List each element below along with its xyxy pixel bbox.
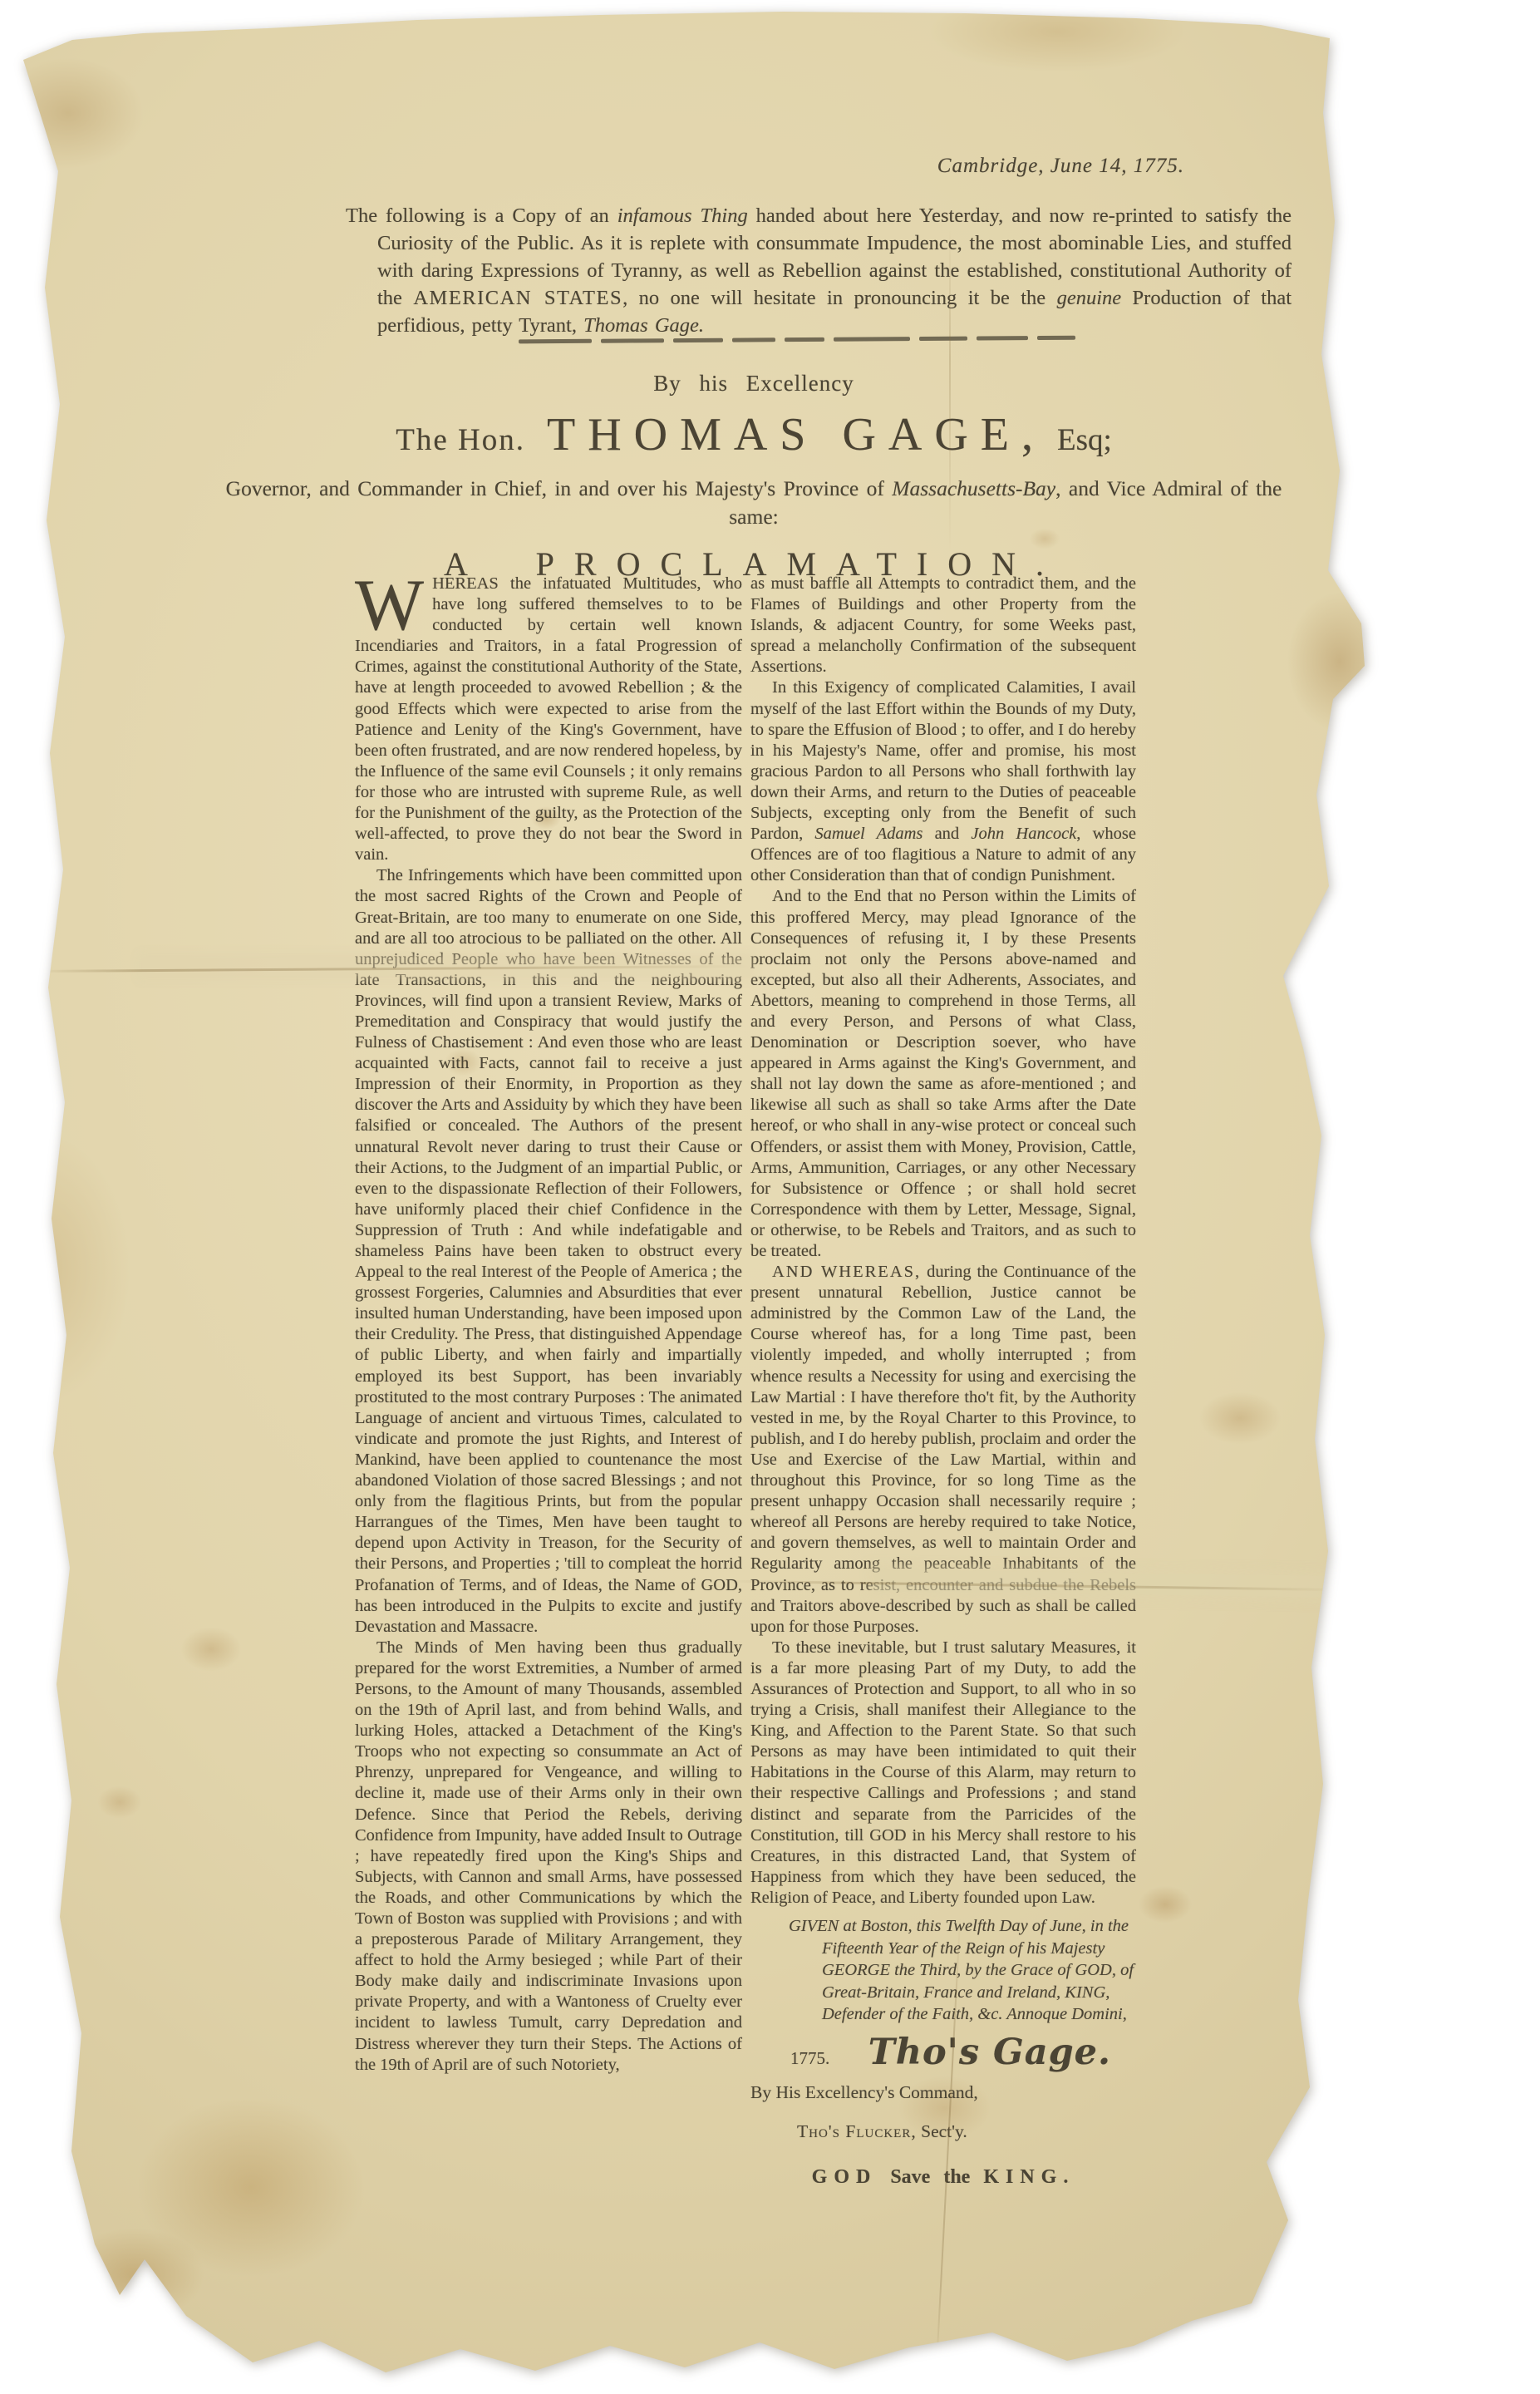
title-text: Governor, and Commander in Chief, in and… <box>226 476 893 500</box>
governor-title-line: Governor, and Commander in Chief, in and… <box>201 475 1306 531</box>
printer-introduction: The following is a Copy of an infamous T… <box>324 202 1292 339</box>
john-hancock-name: John Hancock <box>971 825 1076 843</box>
scan-background: Cambridge, June 14, 1775. The following … <box>0 0 1540 2394</box>
right-column: as must baffle all Attempts to contradic… <box>750 574 1136 2208</box>
paragraph-proffered-mercy: And to the End that no Person within the… <box>750 886 1136 1262</box>
honorific: The Hon. <box>396 423 525 457</box>
dash-segment <box>785 337 824 342</box>
paragraph-text: In this Exigency of complicated Calamiti… <box>750 678 1136 843</box>
paragraph-minds-of-men: The Minds of Men having been thus gradua… <box>355 1638 742 2076</box>
paragraph-pardon: In this Exigency of complicated Calamiti… <box>750 677 1136 886</box>
given-at-boston-block: GIVEN at Boston, this Twelfth Day of Jun… <box>750 1915 1136 2026</box>
secretary-line: Tho's Flucker, Sect'y. <box>750 2121 1136 2142</box>
dash-segment <box>601 338 664 343</box>
samuel-adams-name: Samuel Adams <box>814 825 923 843</box>
gage-name-line: The Hon.THOMAS GAGE,Esq; <box>201 408 1306 461</box>
signature-row: 1775. Tho's Gage. <box>750 2042 1136 2069</box>
intro-american-states: AMERICAN STATES <box>413 287 622 309</box>
dash-segment <box>977 336 1028 340</box>
dash-segment <box>1037 336 1075 340</box>
dash-segment <box>519 339 592 344</box>
and-whereas-lead: AND WHEREAS, <box>772 1263 921 1281</box>
thomas-gage-signature: Tho's Gage. <box>868 2042 1111 2063</box>
by-his-excellency: By his Excellency <box>201 371 1306 397</box>
left-column: WHEREAS the infatuated Multitudes, who h… <box>355 574 742 2076</box>
paragraph-salutary-measures: To these inevitable, but I trust salutar… <box>750 1638 1136 1909</box>
intro-infamous-thing: infamous Thing <box>617 204 748 227</box>
flucker-name: Tho's Flucker, <box>797 2121 917 2141</box>
drop-cap-w: W <box>355 574 432 634</box>
god-word: GOD <box>812 2166 878 2188</box>
thomas-gage-name: THOMAS GAGE, <box>547 409 1046 461</box>
dash-segment <box>673 338 723 342</box>
dash-segment <box>834 337 910 342</box>
save-the-text: Save the <box>877 2166 983 2188</box>
paragraph-continuation: as must baffle all Attempts to contradic… <box>750 574 1136 677</box>
paragraph-law-martial: AND WHEREAS, during the Continuance of t… <box>750 1262 1136 1638</box>
paragraph-text: and <box>923 825 971 843</box>
intro-thomas-gage: Thomas Gage. <box>583 314 704 337</box>
dash-segment <box>732 337 775 342</box>
esquire-suffix: Esq; <box>1057 423 1112 457</box>
paragraph-infringements: The Infringements which have been commit… <box>355 865 742 1637</box>
by-command-line: By His Excellency's Command, <box>750 2082 1136 2103</box>
paragraph-text: during the Continuance of the present un… <box>750 1263 1136 1636</box>
year-1775: 1775. <box>790 2048 829 2069</box>
paper-sheet: Cambridge, June 14, 1775. The following … <box>10 5 1366 2379</box>
secretary-title: Sect'y. <box>917 2121 967 2141</box>
paragraph-whereas: WHEREAS the infatuated Multitudes, who h… <box>355 574 742 865</box>
masthead: By his Excellency The Hon.THOMAS GAGE,Es… <box>201 371 1306 584</box>
intro-genuine: genuine <box>1057 287 1122 309</box>
intro-text: The following is a Copy of an <box>346 204 617 227</box>
king-word: KING. <box>983 2166 1075 2188</box>
intro-text: , no one will hesitate in pronouncing it… <box>622 287 1057 309</box>
dateline: Cambridge, June 14, 1775. <box>937 155 1184 178</box>
dash-segment <box>919 337 967 341</box>
broadside-paper: Cambridge, June 14, 1775. The following … <box>10 5 1366 2379</box>
massachusetts-bay: Massachusetts-Bay <box>892 476 1055 500</box>
god-save-the-king: GOD Save the KING. <box>750 2167 1136 2188</box>
